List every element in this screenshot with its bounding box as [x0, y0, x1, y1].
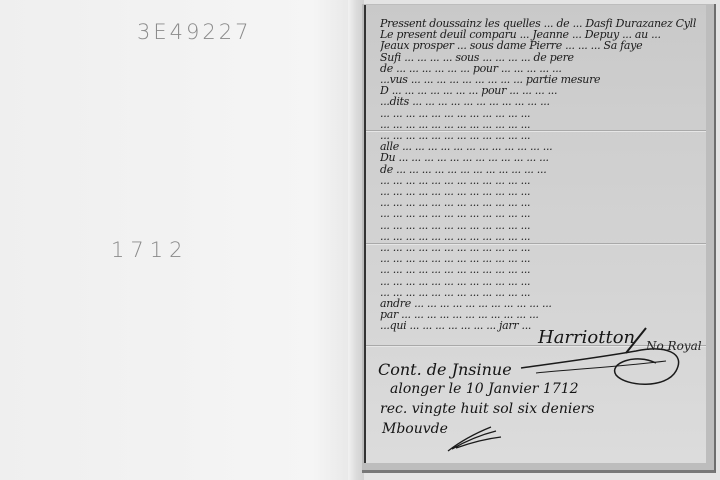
registration-note-line: rec. vingte huit sol six deniers	[380, 401, 594, 417]
notary-signature: Harriotton	[538, 327, 635, 348]
manuscript-page: Pressent doussainz les quelles ... de ..…	[364, 5, 706, 463]
year-annotation: 1712	[111, 238, 188, 262]
archive-reference-annotation: 3E49227	[137, 20, 251, 44]
registration-note-line: Mbouvde	[382, 421, 448, 437]
registration-note-line: alonger le 10 Janvier 1712	[390, 381, 579, 397]
paraph-flourish	[446, 423, 506, 453]
notary-title: No Royal	[646, 339, 702, 353]
blank-left-page: 3E49227 1712	[0, 0, 348, 480]
registration-note-line: Cont. de Jnsinue	[378, 360, 512, 379]
